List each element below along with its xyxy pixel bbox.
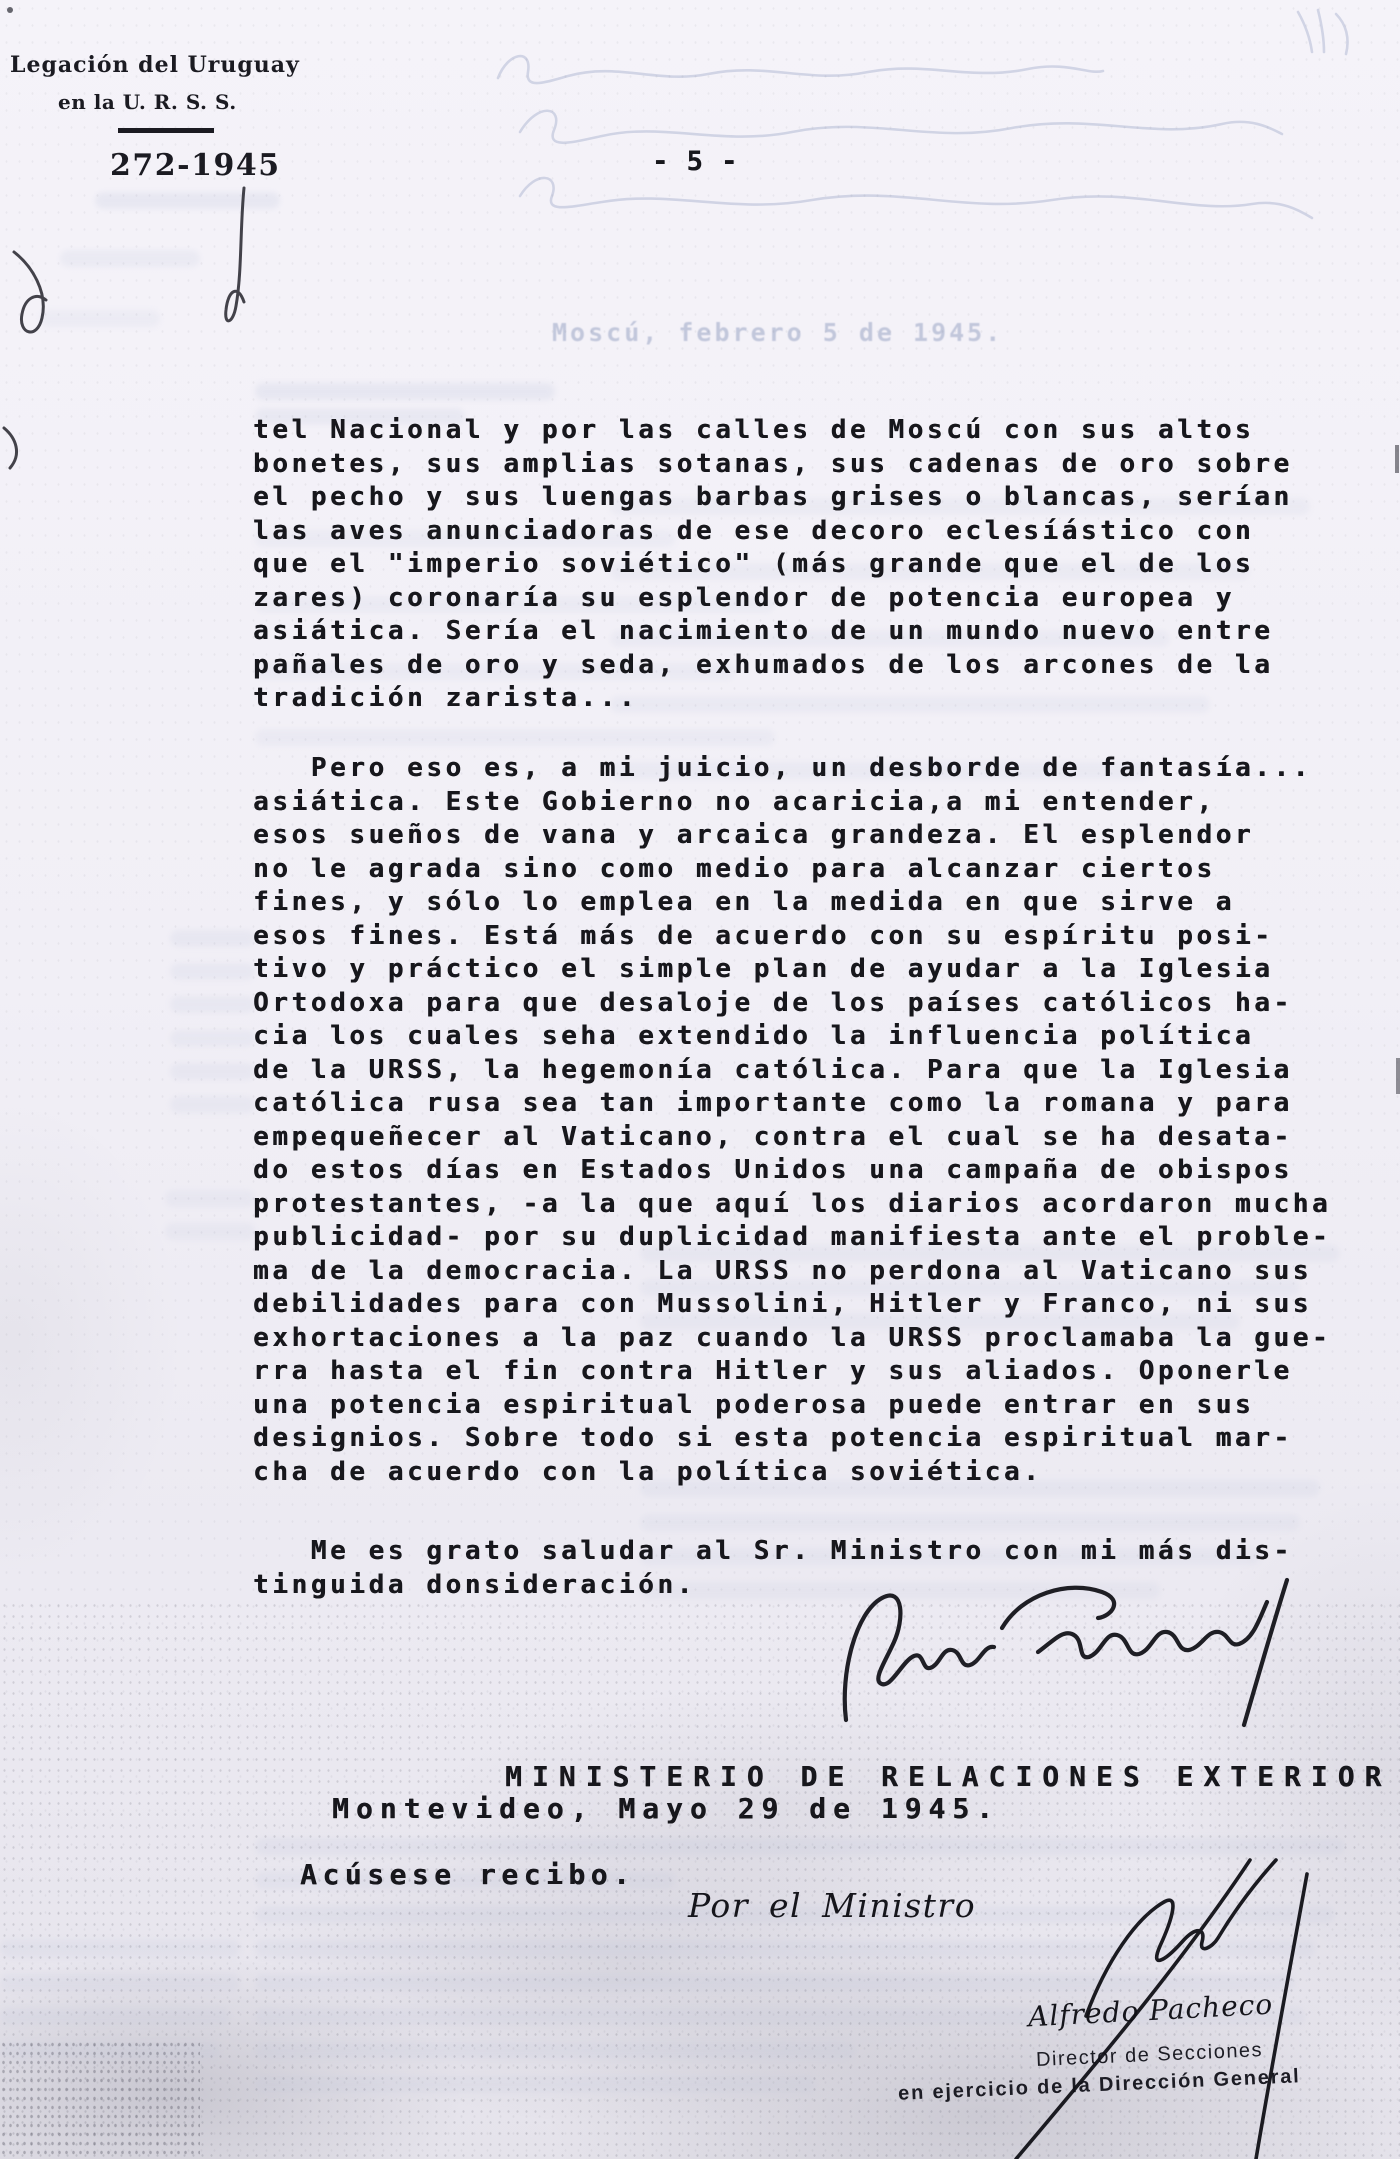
margin-pen-marks xyxy=(4,188,244,468)
scan-edge-artifacts xyxy=(7,7,1400,1094)
sender-signature xyxy=(845,1580,1287,1725)
handwriting-layer xyxy=(0,0,1400,2159)
officer-signature xyxy=(1016,1860,1307,2159)
faint-annotation-strokes xyxy=(498,10,1348,218)
scanned-letter-page: { "document": { "letterhead": { "org_lin… xyxy=(0,0,1400,2159)
